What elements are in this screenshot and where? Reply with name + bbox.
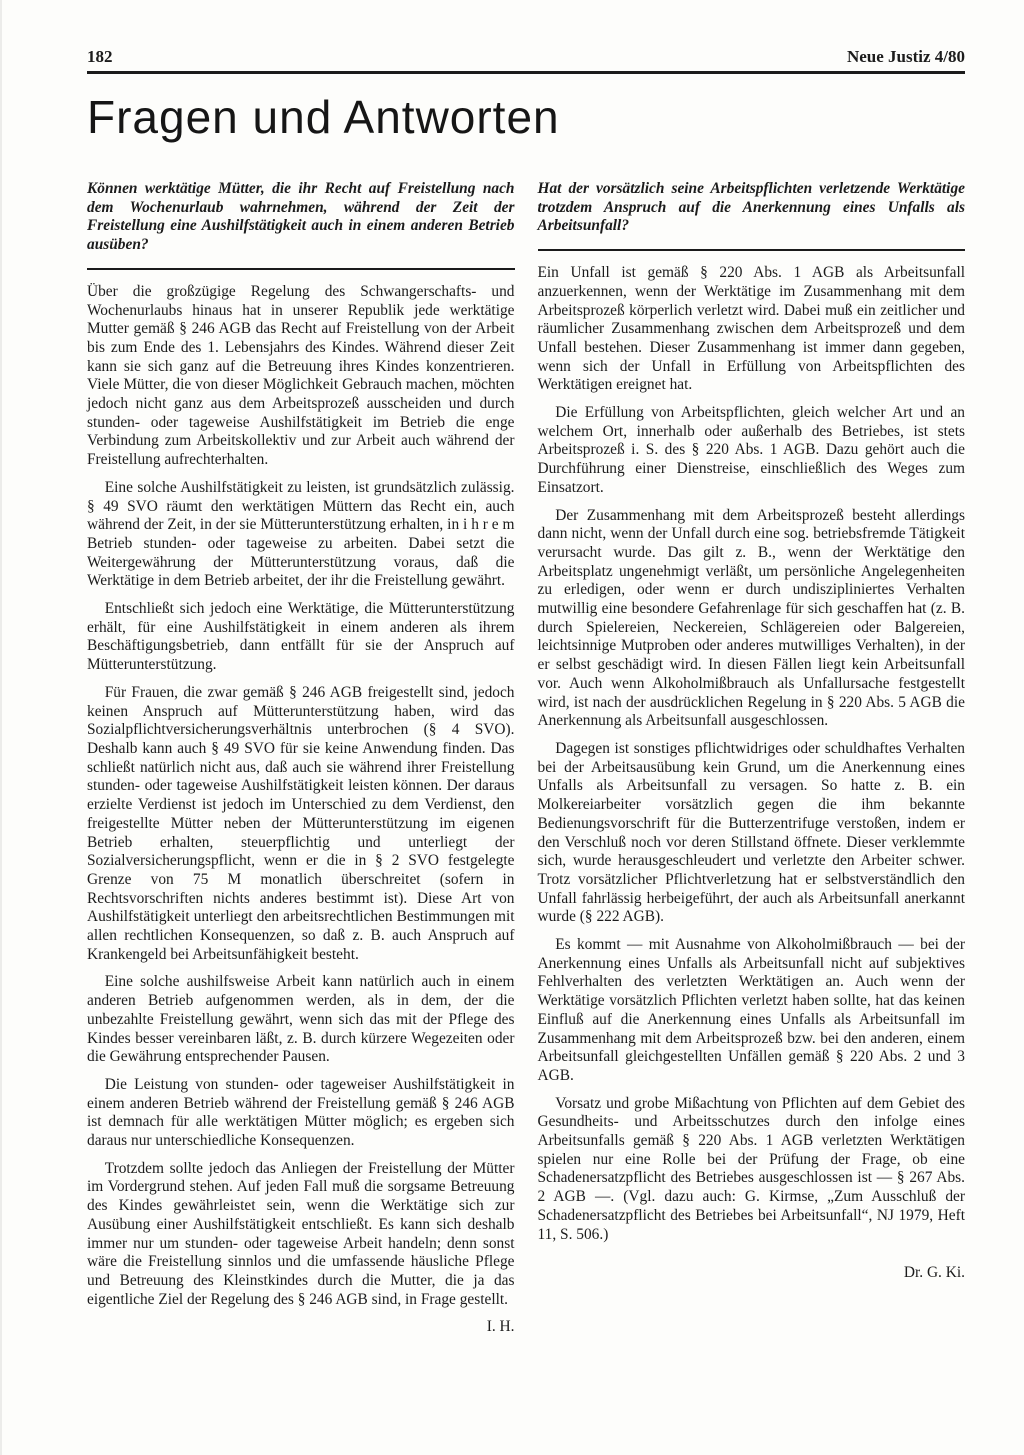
paragraph: Eine solche aushilfsweise Arbeit kann na… [87, 973, 515, 1067]
paragraph: Eine solche Aushilfstätigkeit zu leisten… [87, 479, 515, 591]
two-column-layout: Können werktätige Mütter, die ihr Recht … [87, 180, 965, 1337]
paragraph: Ein Unfall ist gemäß § 220 Abs. 1 AGB al… [538, 264, 966, 395]
paragraph: Vorsatz und grobe Mißachtung von Pflicht… [538, 1095, 966, 1245]
header-rule [87, 71, 965, 74]
paragraph: Die Erfüllung von Arbeitspflichten, glei… [538, 404, 966, 498]
question-text: Können werktätige Mütter, die ihr Recht … [87, 180, 515, 255]
paragraph: Über die großzügige Regelung des Schwang… [87, 283, 515, 470]
journal-page: 182 Neue Justiz 4/80 Fragen und Antworte… [0, 0, 1024, 1455]
question-rule [87, 268, 515, 270]
paragraph: Der Zusammenhang mit dem Arbeitsprozeß b… [538, 507, 966, 731]
question-text: Hat der vorsätzlich seine Arbeitspflicht… [538, 180, 966, 236]
paragraph: Dagegen ist sonstiges pflichtwidriges od… [538, 740, 966, 927]
qa-column-left: Können werktätige Mütter, die ihr Recht … [87, 180, 515, 1337]
paragraph: Für Frauen, die zwar gemäß § 246 AGB fre… [87, 684, 515, 965]
qa-column-right: Hat der vorsätzlich seine Arbeitspflicht… [538, 180, 966, 1283]
page-number: 182 [87, 48, 113, 65]
paragraph: Es kommt — mit Ausnahme von Alkoholmißbr… [538, 936, 966, 1086]
author-initials: Dr. G. Ki. [538, 1264, 966, 1283]
paragraph: Entschließt sich jedoch eine Werktätige,… [87, 600, 515, 675]
paragraph: Die Leistung von stunden- oder tageweise… [87, 1076, 515, 1151]
question-rule [538, 249, 966, 251]
page-title: Fragen und Antworten [87, 90, 965, 144]
journal-name: Neue Justiz 4/80 [847, 48, 965, 65]
author-initials: I. H. [87, 1318, 515, 1337]
page-header: 182 Neue Justiz 4/80 [87, 48, 965, 65]
paragraph: Trotzdem sollte jedoch das Anliegen der … [87, 1160, 515, 1310]
